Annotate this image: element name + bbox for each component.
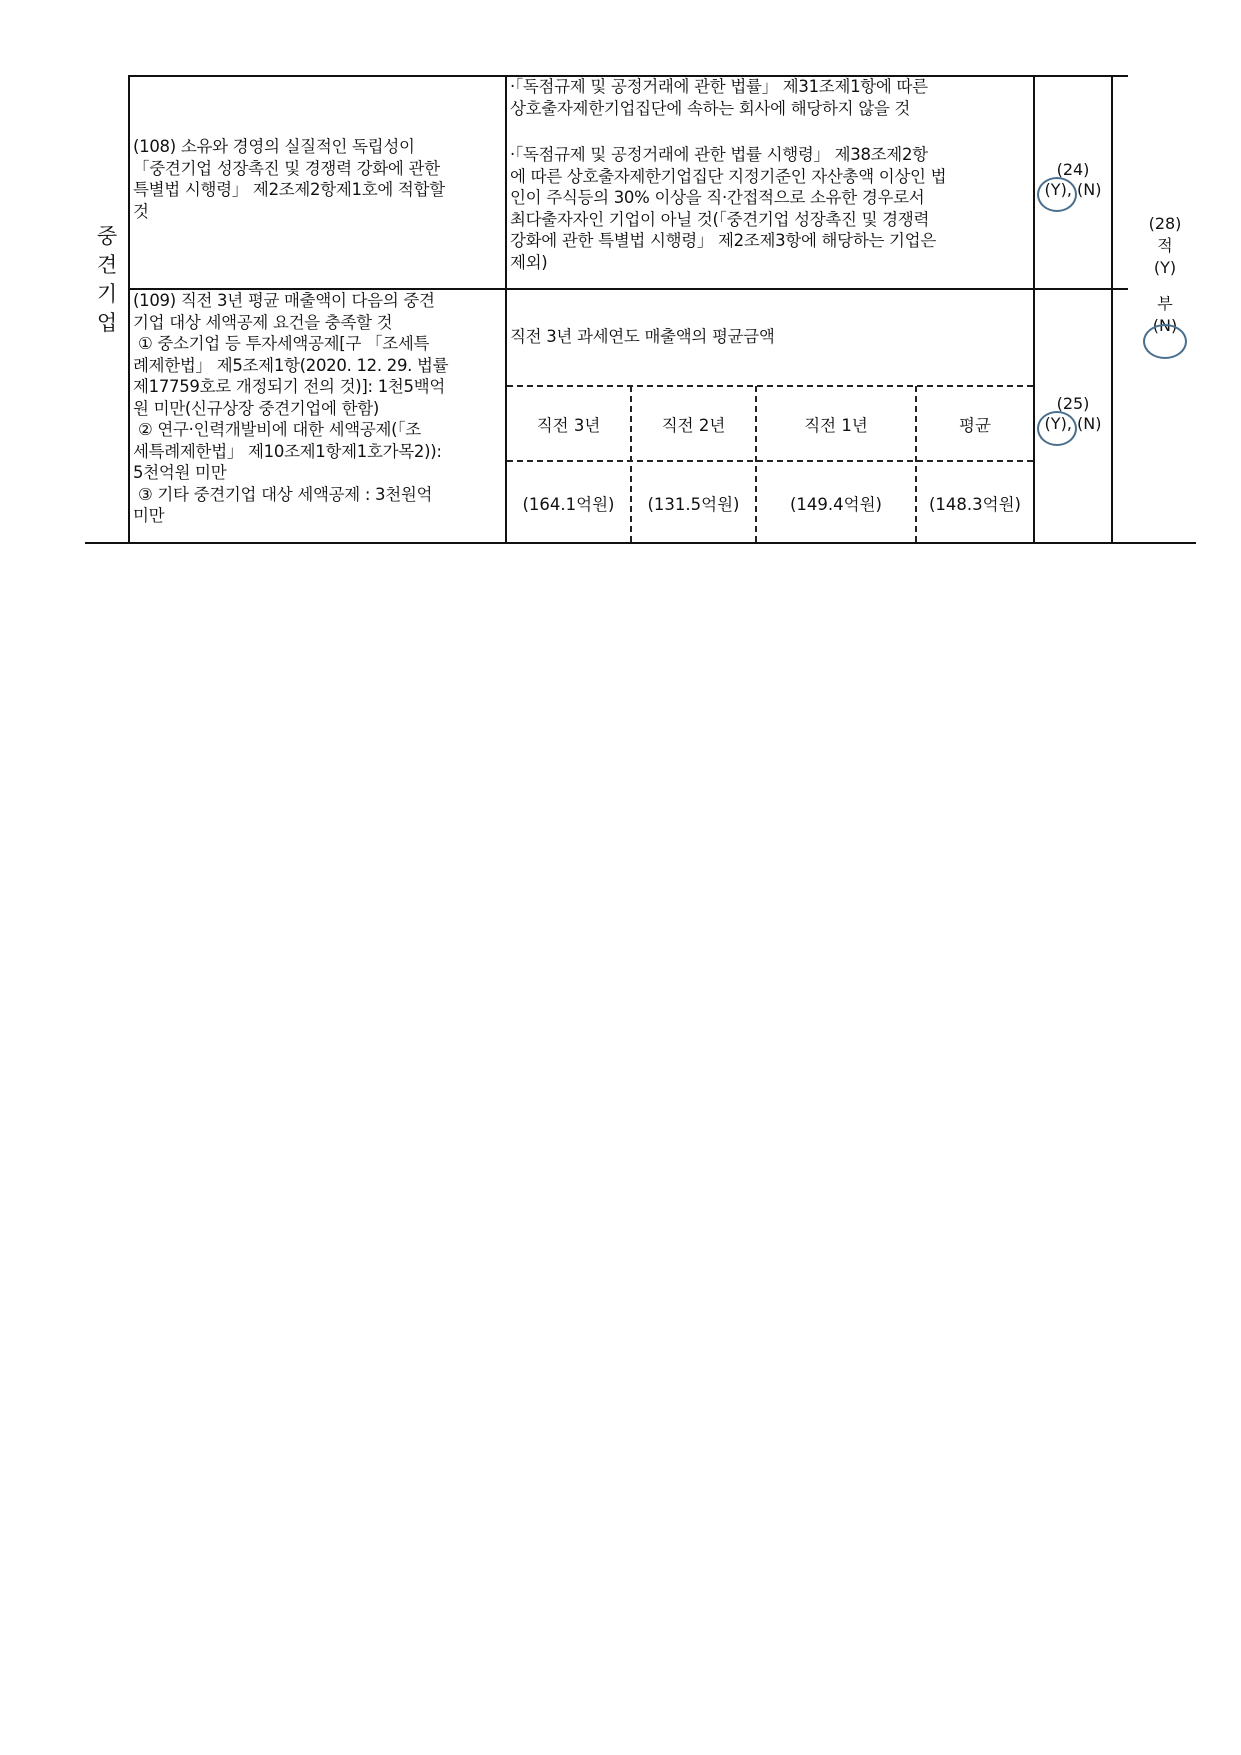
final-result-no-label: 부: [1130, 293, 1200, 315]
section-label-char: 업: [92, 309, 122, 338]
check-number: (25): [1035, 394, 1111, 414]
sales-value-year-2: (131.5억원): [632, 491, 755, 515]
sales-value-average: (148.3억원): [917, 491, 1033, 515]
sales-table-divider: [755, 386, 757, 542]
section-label-char: 중: [92, 222, 122, 251]
section-label: 중 견 기 업: [92, 222, 122, 338]
sales-average-title: 직전 3년 과세연도 매출액의 평균금액: [510, 326, 1030, 348]
criterion-108: (108) 소유와 경영의 실질적인 독립성이 「중견기업 성장촉진 및 경쟁력…: [133, 136, 503, 222]
section-label-char: 견: [92, 251, 122, 280]
sales-value-year-3: (164.1억원): [507, 491, 630, 515]
details-108-item-2: ·「독점규제 및 공정거래에 관한 법률 시행령」 제38조제2항 에 따른 상…: [510, 144, 1032, 273]
sales-header-year-3: 직전 3년: [507, 412, 630, 436]
check-no-option[interactable]: (N): [1077, 414, 1101, 433]
column-divider: [505, 75, 507, 544]
final-result-yes-option[interactable]: (Y): [1130, 257, 1200, 279]
sales-table-divider: [630, 386, 632, 542]
sales-value-year-1: (149.4억원): [757, 491, 915, 515]
sales-header-average: 평균: [917, 412, 1033, 436]
selection-circle-icon: [1037, 177, 1077, 212]
details-108-item-1: ·「독점규제 및 공정거래에 관한 법률」 제31조제1항에 따른 상호출자제한…: [510, 76, 1032, 119]
sales-table-rule: [507, 385, 1033, 387]
table-bottom-rule: [85, 542, 1196, 544]
criterion-109: (109) 직전 3년 평균 매출액이 다음의 중견 기업 대상 세액공제 요건…: [133, 290, 503, 527]
sales-header-year-1: 직전 1년: [757, 412, 915, 436]
selection-circle-icon: [1037, 411, 1077, 446]
column-divider: [1111, 75, 1113, 544]
final-result-yes-label: 적: [1130, 235, 1200, 257]
final-result: (28) 적 (Y) 부 (N): [1130, 213, 1200, 337]
selection-circle-icon: [1143, 324, 1187, 359]
column-divider: [1033, 75, 1035, 544]
section-label-char: 기: [92, 280, 122, 309]
sales-table-rule: [507, 460, 1033, 462]
sales-table-divider: [915, 386, 917, 542]
check-no-option[interactable]: (N): [1077, 180, 1101, 199]
sales-header-year-2: 직전 2년: [632, 412, 755, 436]
table-left-border: [128, 75, 130, 544]
final-result-number: (28): [1130, 213, 1200, 235]
check-number: (24): [1035, 160, 1111, 180]
